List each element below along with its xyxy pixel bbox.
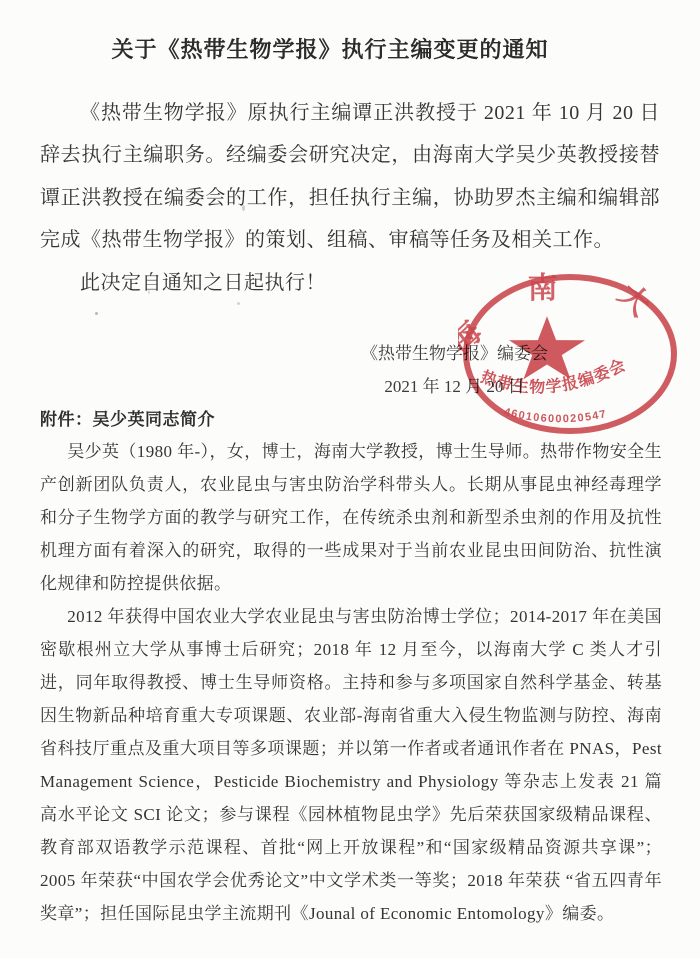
attachment-heading: 附件：吴少英同志简介 (40, 405, 215, 430)
scan-speck (148, 290, 150, 294)
seal-star-icon (509, 316, 585, 379)
bio-paragraph: 2012 年获得中国农业大学农业昆虫与害虫防治博士学位；2014-2017 年在… (40, 600, 662, 930)
scanned-notice-page: 关于《热带生物学报》执行主编变更的通知 《热带生物学报》原执行主编谭正洪教授于 … (0, 0, 700, 958)
scan-speck (95, 312, 98, 315)
scan-speck (242, 205, 245, 211)
page-title: 关于《热带生物学报》执行主编变更的通知 (0, 33, 700, 64)
notice-paragraph: 《热带生物学报》原执行主编谭正洪教授于 2021 年 10 月 20 日辞去执行… (40, 92, 660, 262)
bio-section: 吴少英（1980 年-），女，博士，海南大学教授，博士生导师。热带作物安全生产创… (40, 435, 662, 930)
official-seal: 海南大学 热带生物学报编委会 46010600020547 (458, 272, 680, 438)
scan-speck (237, 302, 240, 305)
bio-paragraph: 吴少英（1980 年-），女，博士，海南大学教授，博士生导师。热带作物安全生产创… (40, 435, 662, 600)
